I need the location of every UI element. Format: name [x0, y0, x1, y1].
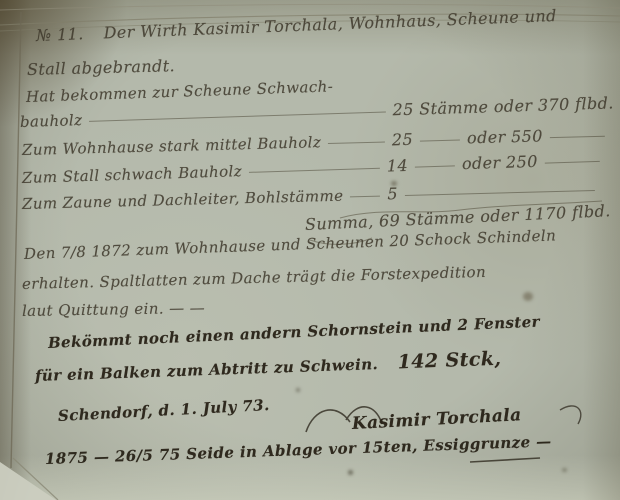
item-qty: 25 — [392, 130, 414, 150]
note-value: 142 Stck, — [397, 348, 501, 374]
item-qty: 5 — [387, 184, 398, 203]
ink-stain — [562, 468, 567, 472]
scanned-ledger-page: № 11.Der Wirth Kasimir Torchala, Wohnhau… — [0, 0, 620, 500]
dash-rule — [550, 136, 605, 138]
item-value: oder 550 — [467, 126, 543, 147]
dash-rule — [89, 112, 385, 122]
record-number: № 11. — [36, 24, 84, 45]
dash-rule — [415, 165, 455, 167]
ink-stain — [348, 470, 353, 475]
dash-rule — [545, 161, 600, 164]
item-value: oder 250 — [462, 152, 538, 173]
ink-stain — [523, 292, 533, 301]
dash-rule — [420, 140, 460, 142]
dash-rule — [405, 190, 595, 196]
dash-rule — [350, 196, 380, 198]
body-line-3: laut Quittung ein. — — — [22, 299, 205, 320]
ink-stain — [296, 388, 300, 392]
dash-rule — [249, 168, 380, 173]
heading-line-2: Stall abgebrandt. — [27, 56, 175, 79]
item-label: bauholz — [20, 111, 83, 131]
item-qty: 14 — [387, 156, 409, 176]
dash-rule — [328, 141, 385, 143]
